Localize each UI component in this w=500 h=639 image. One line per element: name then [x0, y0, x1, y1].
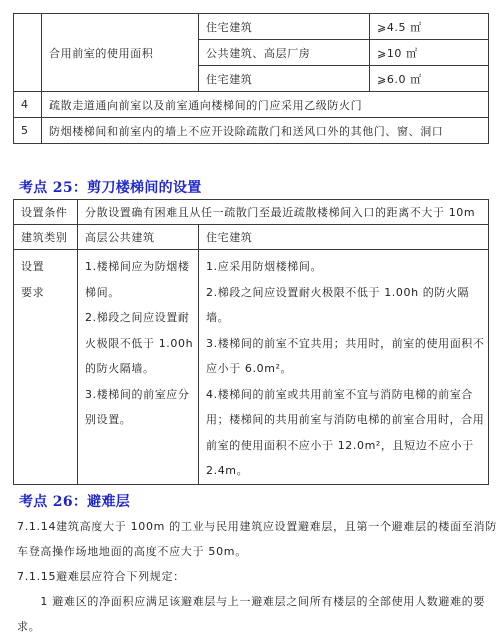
- category-label-cell: 建筑类别: [14, 225, 78, 250]
- table-row: 合用前室的使用面积 公共建筑、高层厂房 ⩾10 ㎡: [14, 40, 489, 66]
- paragraph-line: 7.1.15避难层应符合下列规定：: [17, 564, 497, 589]
- requirement-line: 1.应采用防烟楼梯间。: [206, 254, 488, 280]
- requirement-line: 前室的使用面积不应小于 12.0m²，且短边不应小于: [206, 433, 488, 459]
- table-row: 4 疏散走道通向前室以及前室通向楼梯间的门应采用乙级防火门: [14, 92, 489, 118]
- top-requirements-table: 住宅建筑 ⩾4.5 ㎡ 合用前室的使用面积 公共建筑、高层厂房 ⩾10 ㎡ 住宅…: [13, 13, 489, 144]
- requirement-text-cell: 疏散走道通向前室以及前室通向楼梯间的门应采用乙级防火门: [42, 92, 489, 118]
- requirement-line: 火极限不低于 1.00h: [85, 331, 198, 357]
- condition-text-cell: 分散设置确有困难且从任一疏散门至最近疏散楼梯间入口的距离不大于 10m: [78, 200, 489, 225]
- requirement-line: 用；楼梯间的共用前室与消防电梯的前室合用时，合用: [206, 407, 488, 433]
- scissor-stair-table: 设置条件 分散设置确有困难且从任一疏散门至最近疏散楼梯间入口的距离不大于 10m…: [13, 199, 489, 485]
- table-row: 建筑类别 高层公共建筑 住宅建筑: [14, 225, 489, 250]
- requirement-text-cell: 防烟楼梯间和前室内的墙上不应开设除疏散门和送风口外的其他门、窗、洞口: [42, 118, 489, 144]
- table-row: 住宅建筑 ⩾4.5 ㎡: [14, 14, 489, 40]
- residential-requirements-cell: 1.应采用防烟楼梯间。 2.梯段之间应设置耐火极限不低于 1.00h 的防火隔墙…: [199, 250, 489, 485]
- section-26-body: 7.1.14建筑高度大于 100m 的工业与民用建筑应设置避难层，且第一个避难层…: [17, 514, 497, 639]
- area-value-cell: ⩾6.0 ㎡: [370, 66, 489, 92]
- condition-label-cell: 设置条件: [14, 200, 78, 225]
- requirement-line: 别设置。: [85, 407, 198, 433]
- paragraph-line: 7.1.14建筑高度大于 100m 的工业与民用建筑应设置避难层，且第一个避难层…: [17, 514, 497, 539]
- area-value-cell: ⩾4.5 ㎡: [370, 14, 489, 40]
- building-type-cell: 公共建筑、高层厂房: [199, 40, 370, 66]
- paragraph-line: 求。: [17, 614, 497, 639]
- requirement-line: 的防火隔墙。: [85, 356, 198, 382]
- section-26-heading: 考点 26：避难层: [19, 491, 130, 511]
- row-number-cell: 4: [14, 92, 42, 118]
- category-residential-cell: 住宅建筑: [199, 225, 489, 250]
- section-25-heading: 考点 25：剪刀楼梯间的设置: [19, 177, 202, 197]
- table-row: 5 防烟楼梯间和前室内的墙上不应开设除疏散门和送风口外的其他门、窗、洞口: [14, 118, 489, 144]
- building-type-cell: 住宅建筑: [199, 66, 370, 92]
- item-cell: [42, 14, 199, 40]
- table-row: 设置 要求 1.楼梯间应为防烟楼 梯间。 2.梯段之间应设置耐 火极限不低于 1…: [14, 250, 489, 485]
- requirement-line: 2.4m。: [206, 458, 488, 484]
- requirement-line: 3.楼梯间的前室应分: [85, 382, 198, 408]
- requirement-line: 2.梯段之间应设置耐火极限不低于 1.00h 的防火隔墙。: [206, 280, 488, 331]
- table-row: 设置条件 分散设置确有困难且从任一疏散门至最近疏散楼梯间入口的距离不大于 10m: [14, 200, 489, 225]
- requirement-line: 2.梯段之间应设置耐: [85, 305, 198, 331]
- requirement-line: 应小于 6.0m²。: [206, 356, 488, 382]
- paragraph-line: 车登高操作场地地面的高度不应大于 50m。: [17, 539, 497, 564]
- category-public-cell: 高层公共建筑: [78, 225, 199, 250]
- building-type-cell: 住宅建筑: [199, 14, 370, 40]
- requirement-label-line: 要求: [21, 280, 77, 306]
- public-requirements-cell: 1.楼梯间应为防烟楼 梯间。 2.梯段之间应设置耐 火极限不低于 1.00h 的…: [78, 250, 199, 485]
- requirement-line: 1.楼梯间应为防烟楼: [85, 254, 198, 280]
- paragraph-line: 1 避难区的净面积应满足该避难层与上一避难层之间所有楼层的全部使用人数避难的要: [17, 589, 497, 614]
- requirement-label-cell: 设置 要求: [14, 250, 78, 485]
- requirement-line: 3.楼梯间的前室不宜共用；共用时，前室的使用面积不: [206, 331, 488, 357]
- row-number-cell: 5: [14, 118, 42, 144]
- requirement-label-line: 设置: [21, 254, 77, 280]
- requirement-line: 4.楼梯间的前室或共用前室不宜与消防电梯的前室合: [206, 382, 488, 408]
- item-cell: 合用前室的使用面积: [42, 40, 199, 92]
- row-number-cell: [14, 14, 42, 92]
- area-value-cell: ⩾10 ㎡: [370, 40, 489, 66]
- requirement-line: 梯间。: [85, 280, 198, 306]
